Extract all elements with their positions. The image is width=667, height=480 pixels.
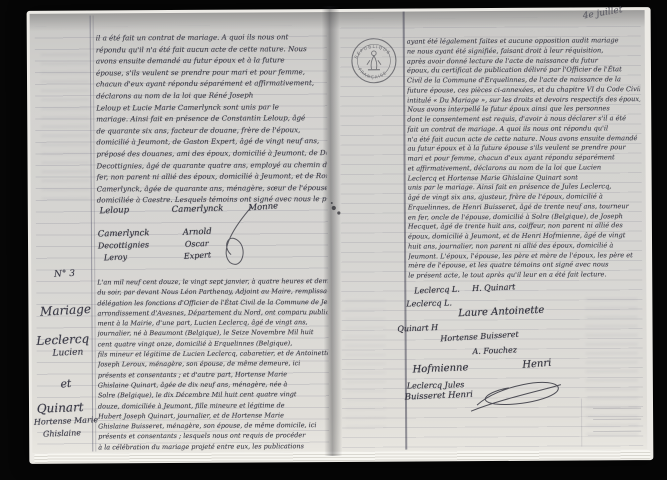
paraph-flourish-left [226, 206, 252, 264]
overlay-graphics: RÉPUBLIQUE FRANÇAISE [0, 0, 667, 480]
book-content: il a été fait un contrat de mariage. A q… [0, 0, 667, 480]
scanned-register-spread: il a été fait un contrat de mariage. A q… [0, 0, 667, 480]
official-seal-icon: RÉPUBLIQUE FRANÇAISE [352, 39, 396, 83]
ink-blots [331, 202, 341, 215]
paraph-flourish-right [471, 382, 561, 411]
bottom-right-rules [593, 408, 641, 431]
seal-figure-icon [367, 51, 381, 70]
